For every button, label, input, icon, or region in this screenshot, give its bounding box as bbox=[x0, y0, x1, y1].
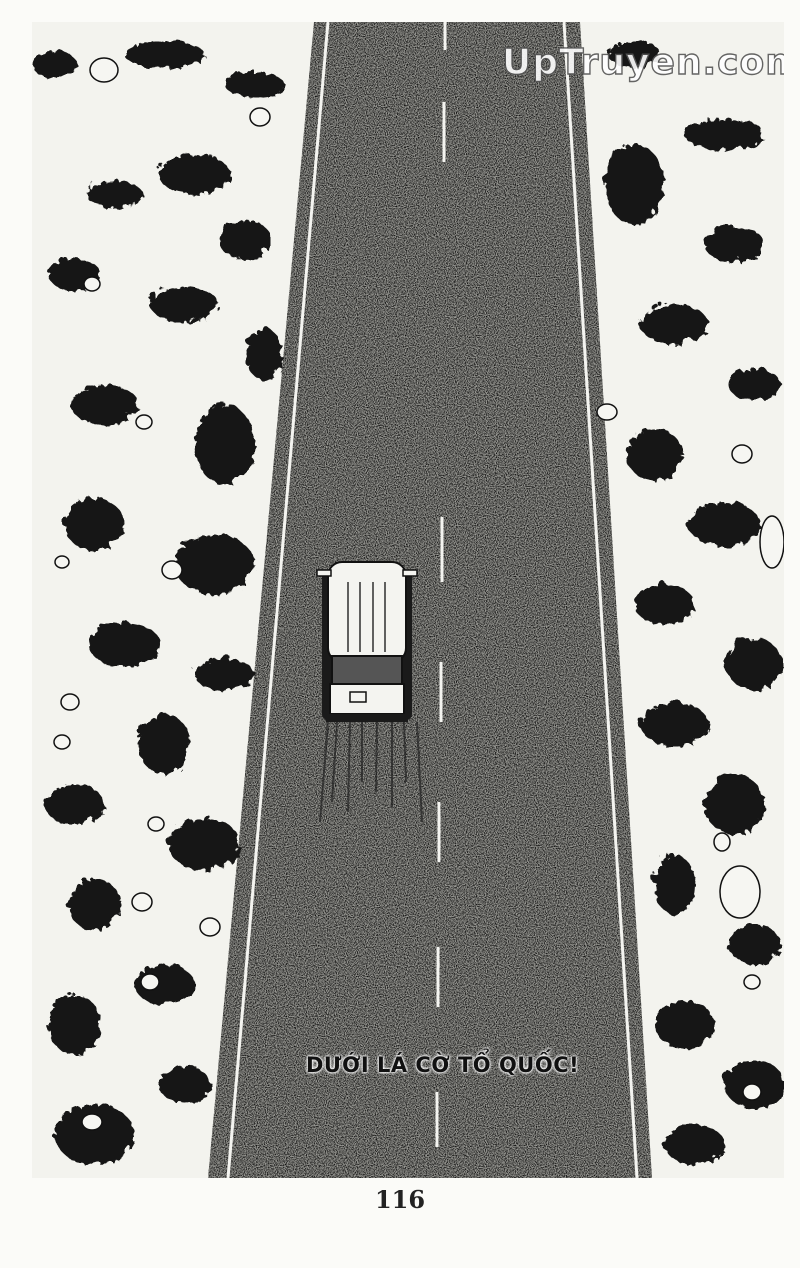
watermark: UpTruyen.com bbox=[502, 42, 784, 83]
highway-scene-illustration bbox=[32, 22, 784, 1178]
page-number: 116 bbox=[0, 1185, 800, 1214]
manga-page: UpTruyen.com DƯỚI LÁ CỜ TỔ QUỐC! 116 bbox=[0, 0, 800, 1268]
caption-text: DƯỚI LÁ CỜ TỔ QUỐC! bbox=[306, 1053, 579, 1077]
illustration-panel: UpTruyen.com DƯỚI LÁ CỜ TỔ QUỐC! bbox=[32, 22, 784, 1178]
